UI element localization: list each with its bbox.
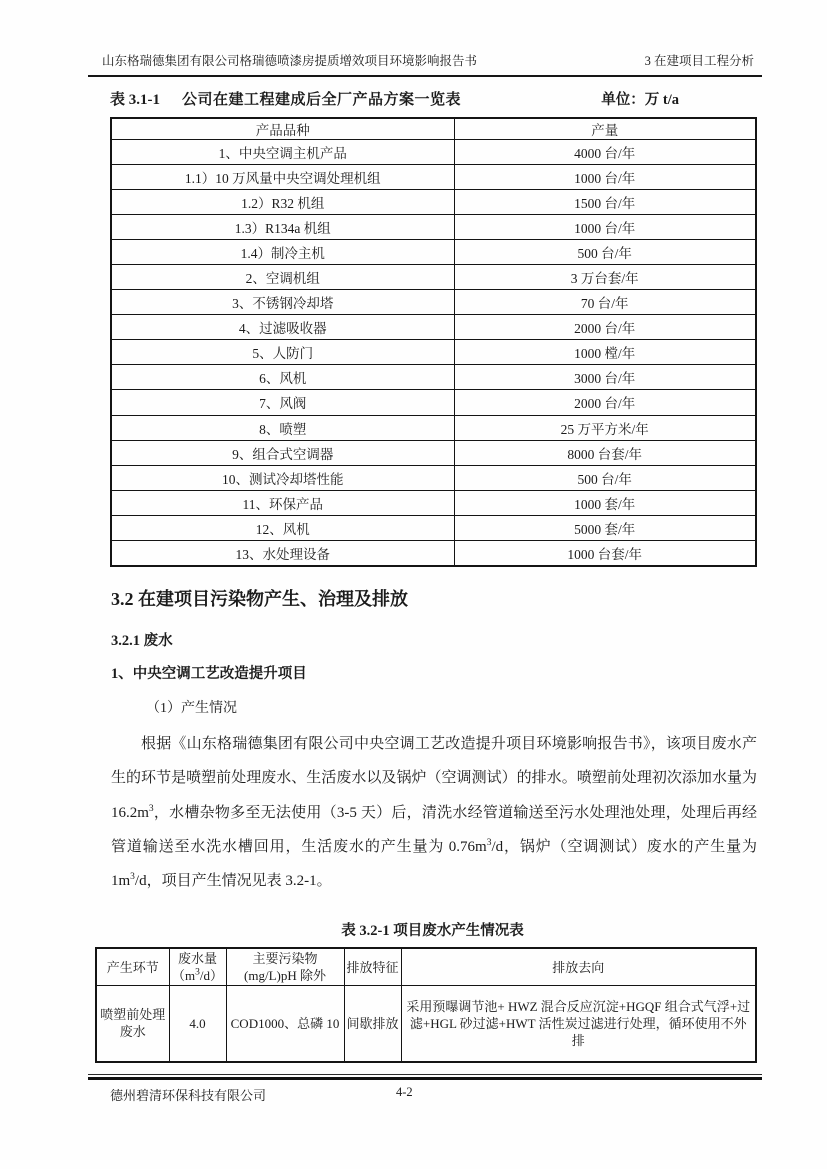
header-line: 废水量 bbox=[178, 951, 217, 966]
table-cell: 3、不锈钢冷却塔 bbox=[111, 290, 454, 315]
footer-company: 德州碧清环保科技有限公司 bbox=[110, 1085, 266, 1104]
table-cell: 2000 台/年 bbox=[454, 315, 756, 340]
wastewater-cell-amount: 4.0 bbox=[169, 986, 226, 1062]
wastewater-header-destination: 排放去向 bbox=[401, 948, 756, 986]
table-cell: 6、风机 bbox=[111, 365, 454, 390]
table-cell: 1.3）R134a 机组 bbox=[111, 215, 454, 240]
wastewater-header-amount: 废水量 （m3/d） bbox=[169, 948, 226, 986]
table1-caption-title: 公司在建工程建成后全厂产品方案一览表 bbox=[182, 88, 461, 109]
table-cell: 70 台/年 bbox=[454, 290, 756, 315]
page-header: 山东格瑞德集团有限公司格瑞德喷漆房提质增效项目环境影响报告书 3 在建项目工程分… bbox=[88, 53, 762, 77]
wastewater-header-pattern: 排放特征 bbox=[344, 948, 401, 986]
table-cell: 1000 台套/年 bbox=[454, 540, 756, 566]
table-cell: 11、环保产品 bbox=[111, 490, 454, 515]
paragraph-text: /d，项目产生情况见表 3.2-1。 bbox=[135, 873, 332, 889]
table-cell: 25 万平方米/年 bbox=[454, 415, 756, 440]
table-row: 13、水处理设备1000 台套/年 bbox=[111, 540, 756, 566]
table1-caption-label: 表 3.1-1 bbox=[110, 88, 160, 109]
body-paragraph: 根据《山东格瑞德集团有限公司中央空调工艺改造提升项目环境影响报告书》，该项目废水… bbox=[111, 727, 757, 927]
table-cell: 7、风阀 bbox=[111, 390, 454, 415]
table-cell: 1000 台/年 bbox=[454, 165, 756, 190]
subsection-heading: 3.2.1 废水 bbox=[111, 629, 173, 650]
table-row: 3、不锈钢冷却塔70 台/年 bbox=[111, 290, 756, 315]
page-header-left: 山东格瑞德集团有限公司格瑞德喷漆房提质增效项目环境影响报告书 bbox=[102, 53, 477, 69]
table-row: 1.4）制冷主机500 台/年 bbox=[111, 240, 756, 265]
table-cell: 8、喷塑 bbox=[111, 415, 454, 440]
table-row: 2、空调机组3 万台套/年 bbox=[111, 265, 756, 290]
section-heading: 3.2 在建项目污染物产生、治理及排放 bbox=[111, 585, 408, 611]
table-cell: 4、过滤吸收器 bbox=[111, 315, 454, 340]
table-cell: 500 台/年 bbox=[454, 240, 756, 265]
table1-caption-unit: 单位：万 t/a bbox=[601, 88, 679, 109]
table-cell: 8000 台套/年 bbox=[454, 440, 756, 465]
table-row: 10、测试冷却塔性能500 台/年 bbox=[111, 465, 756, 490]
table-cell: 5、人防门 bbox=[111, 340, 454, 365]
table-row: 4、过滤吸收器2000 台/年 bbox=[111, 315, 756, 340]
table-row: 喷塑前处理废水 4.0 COD1000、总磷 10 间歇排放 采用预曝调节池+ … bbox=[96, 986, 756, 1062]
table-row: 9、组合式空调器8000 台套/年 bbox=[111, 440, 756, 465]
header-line: (mg/L)pH 除外 bbox=[244, 968, 326, 983]
products-table-header-product: 产品品种 bbox=[111, 118, 454, 140]
table-cell: 3 万台套/年 bbox=[454, 265, 756, 290]
footer-rule-thick bbox=[88, 1077, 762, 1080]
table-row: 12、风机5000 套/年 bbox=[111, 515, 756, 540]
table2-caption: 表 3.2-1 项目废水产生情况表 bbox=[110, 919, 755, 940]
table-row: 6、风机3000 台/年 bbox=[111, 365, 756, 390]
wastewater-cell-pollutants: COD1000、总磷 10 bbox=[226, 986, 344, 1062]
header-line: 主要污染物 bbox=[252, 951, 317, 966]
footer-rule-thin bbox=[88, 1074, 762, 1075]
table-cell: 2000 台/年 bbox=[454, 390, 756, 415]
table-row: 1.1）10 万风量中央空调处理机组1000 台/年 bbox=[111, 165, 756, 190]
table-cell: 1500 台/年 bbox=[454, 190, 756, 215]
table-cell: 2、空调机组 bbox=[111, 265, 454, 290]
table-header-row: 产生环节 废水量 （m3/d） 主要污染物 (mg/L)pH 除外 排放特征 排… bbox=[96, 948, 756, 986]
item-heading: 1、中央空调工艺改造提升项目 bbox=[111, 662, 307, 683]
footer-page-number: 4-2 bbox=[396, 1085, 413, 1100]
table-cell: 1000 樘/年 bbox=[454, 340, 756, 365]
wastewater-table: 产生环节 废水量 （m3/d） 主要污染物 (mg/L)pH 除外 排放特征 排… bbox=[95, 947, 757, 1063]
table-cell: 3000 台/年 bbox=[454, 365, 756, 390]
table-cell: 10、测试冷却塔性能 bbox=[111, 465, 454, 490]
point-heading: （1）产生情况 bbox=[146, 697, 237, 717]
products-table: 产品品种 产量 1、中央空调主机产品4000 台/年1.1）10 万风量中央空调… bbox=[110, 117, 757, 567]
page-header-right: 3 在建项目工程分析 bbox=[645, 53, 754, 69]
table-row: 7、风阀2000 台/年 bbox=[111, 390, 756, 415]
header-line: /d） bbox=[200, 968, 223, 983]
table1-caption: 表 3.1-1 公司在建工程建成后全厂产品方案一览表 单位：万 t/a bbox=[110, 88, 755, 109]
table-cell: 1000 台/年 bbox=[454, 215, 756, 240]
table-cell: 12、风机 bbox=[111, 515, 454, 540]
table-cell: 9、组合式空调器 bbox=[111, 440, 454, 465]
products-table-header-output: 产量 bbox=[454, 118, 756, 140]
table-cell: 1.4）制冷主机 bbox=[111, 240, 454, 265]
table-row: 5、人防门1000 樘/年 bbox=[111, 340, 756, 365]
table-row: 8、喷塑25 万平方米/年 bbox=[111, 415, 756, 440]
table-row: 1.2）R32 机组1500 台/年 bbox=[111, 190, 756, 215]
wastewater-header-stage: 产生环节 bbox=[96, 948, 169, 986]
table-cell: 1.1）10 万风量中央空调处理机组 bbox=[111, 165, 454, 190]
table-cell: 5000 套/年 bbox=[454, 515, 756, 540]
header-line: （m bbox=[172, 968, 195, 983]
document-page: 山东格瑞德集团有限公司格瑞德喷漆房提质增效项目环境影响报告书 3 在建项目工程分… bbox=[0, 0, 827, 1169]
table-row: 11、环保产品1000 套/年 bbox=[111, 490, 756, 515]
table-row: 1.3）R134a 机组1000 台/年 bbox=[111, 215, 756, 240]
wastewater-cell-pattern: 间歇排放 bbox=[344, 986, 401, 1062]
wastewater-header-pollutants: 主要污染物 (mg/L)pH 除外 bbox=[226, 948, 344, 986]
table-cell: 1000 套/年 bbox=[454, 490, 756, 515]
table-cell: 13、水处理设备 bbox=[111, 540, 454, 566]
wastewater-cell-stage: 喷塑前处理废水 bbox=[96, 986, 169, 1062]
table-cell: 4000 台/年 bbox=[454, 140, 756, 165]
table-cell: 500 台/年 bbox=[454, 465, 756, 490]
table-row: 1、中央空调主机产品4000 台/年 bbox=[111, 140, 756, 165]
table-cell: 1、中央空调主机产品 bbox=[111, 140, 454, 165]
wastewater-cell-destination: 采用预曝调节池+ HWZ 混合反应沉淀+HGQF 组合式气浮+过滤+HGL 砂过… bbox=[401, 986, 756, 1062]
table-cell: 1.2）R32 机组 bbox=[111, 190, 454, 215]
table-header-row: 产品品种 产量 bbox=[111, 118, 756, 140]
